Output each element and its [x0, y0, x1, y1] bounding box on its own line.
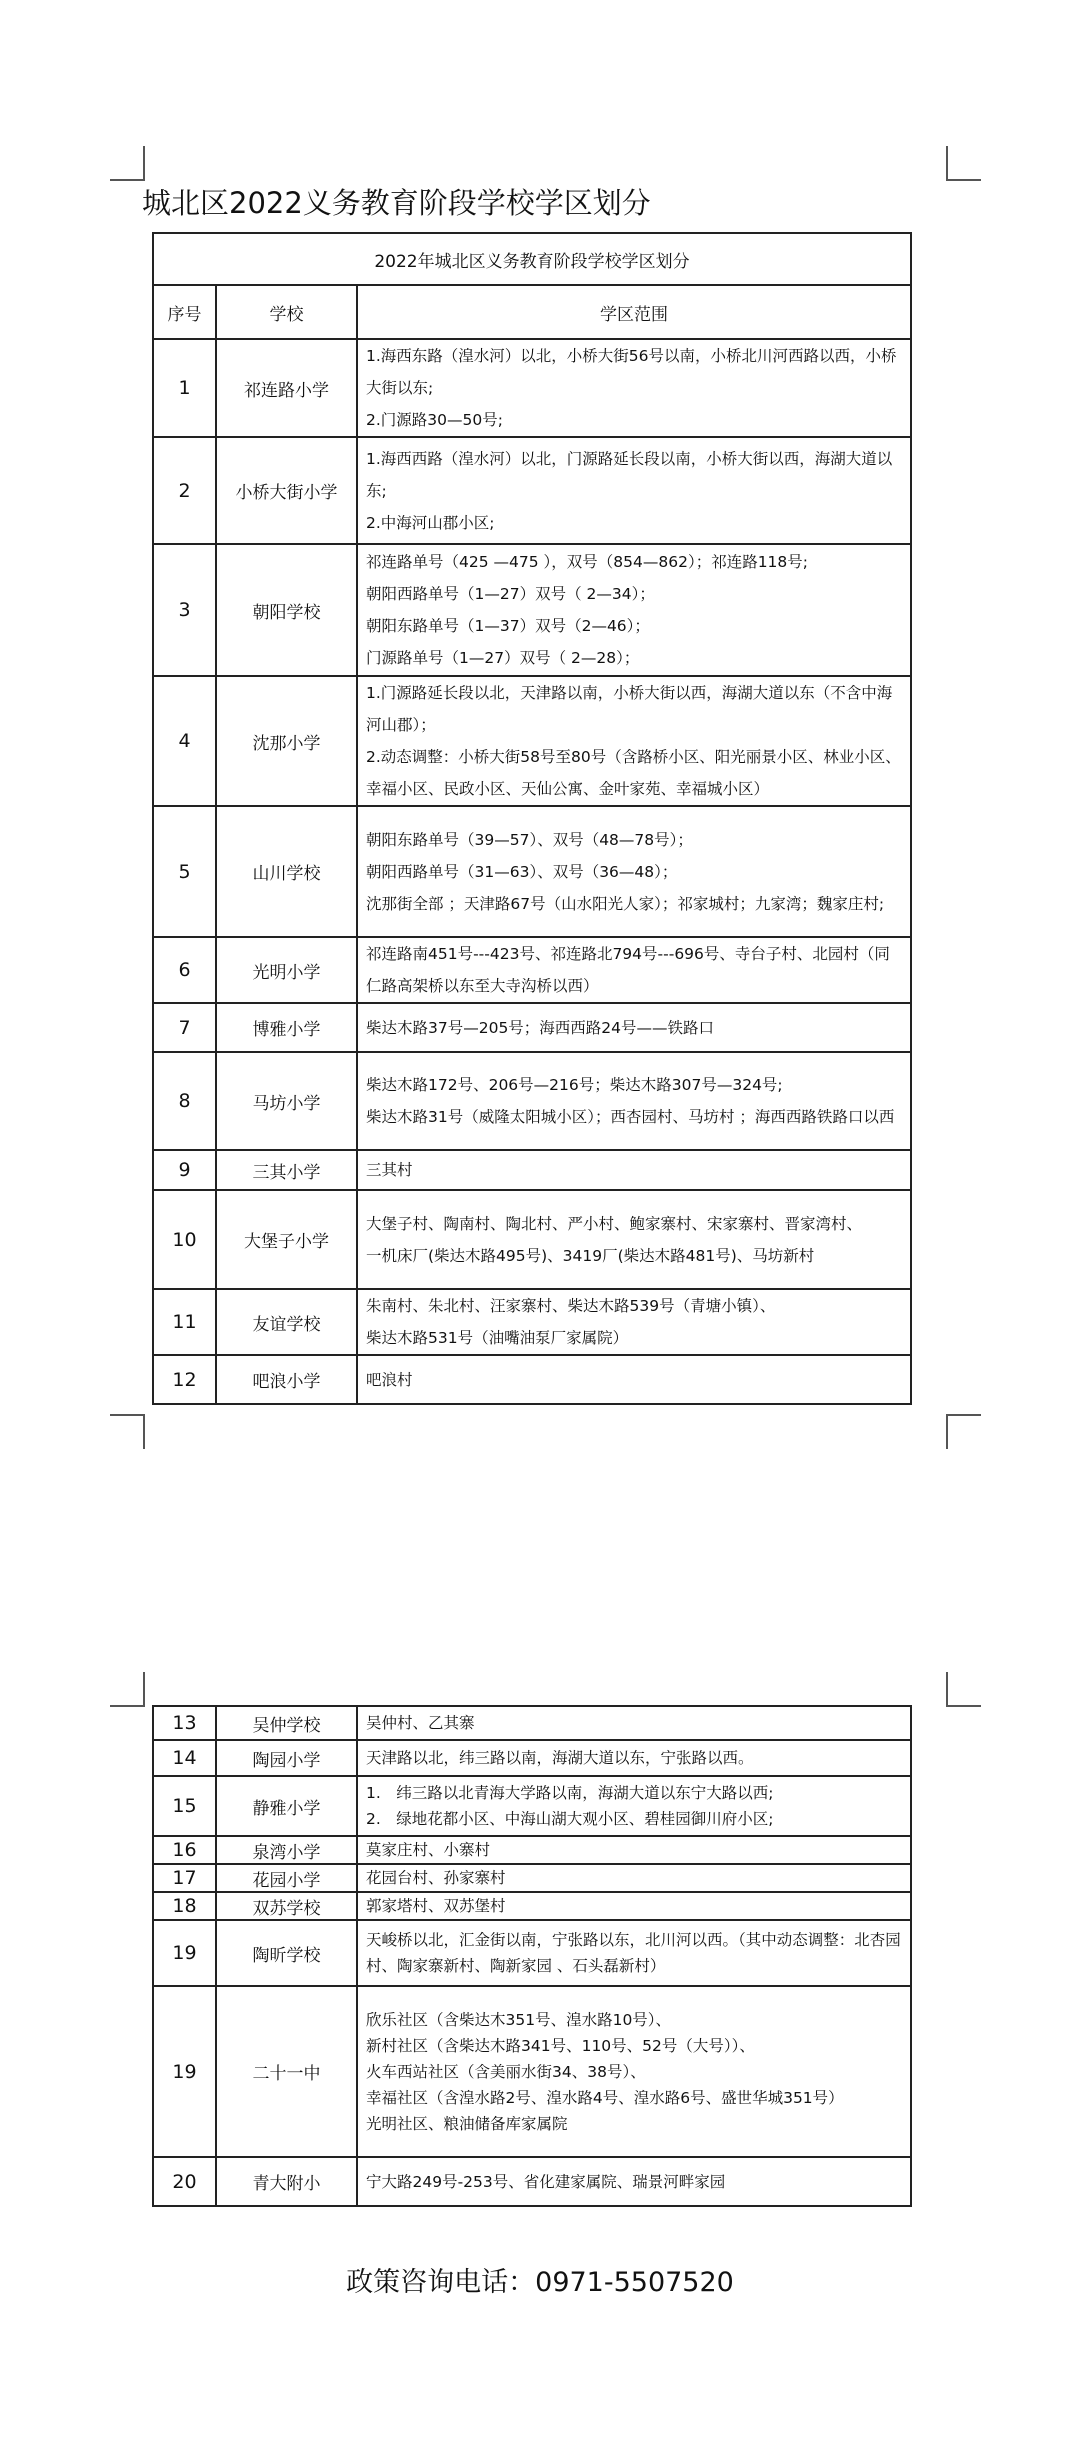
district-range-line: 一机床厂(柴达木路495号)、3419厂(柴达木路481号)、马坊新村 — [366, 1240, 904, 1272]
table-body-page2: 13 吴仲学校 吴仲村、乙其寨 14 陶园小学 天津路以北，纬三路以南，海湖大道… — [153, 1706, 911, 2206]
district-range-line: 2.中海河山郡小区; — [366, 507, 904, 539]
district-range-line: 郭家塔村、双苏堡村 — [366, 1893, 904, 1919]
table-row: 17 花园小学 花园台村、孙家寨村 — [153, 1864, 911, 1892]
school-name: 陶昕学校 — [216, 1920, 357, 1986]
district-range: 吧浪村 — [357, 1355, 911, 1404]
school-name: 陶园小学 — [216, 1740, 357, 1776]
school-name: 光明小学 — [216, 937, 357, 1003]
school-name: 大堡子小学 — [216, 1190, 357, 1289]
table-header-row: 序号 学校 学区范围 — [153, 285, 911, 339]
district-range-line: 1.海西东路（湟水河）以北，小桥大街56号以南，小桥北川河西路以西，小桥大街以东… — [366, 340, 904, 404]
district-range: 花园台村、孙家寨村 — [357, 1864, 911, 1892]
row-number: 18 — [153, 1892, 216, 1920]
table-row: 8 马坊小学 柴达木路172号、206号—216号；柴达木路307号—324号;… — [153, 1052, 911, 1150]
row-number: 16 — [153, 1836, 216, 1864]
row-number: 7 — [153, 1003, 216, 1052]
district-range-line: 火车西站社区（含美丽水街34、38号）、 — [366, 2059, 904, 2085]
district-range-line: 朱南村、朱北村、汪家寨村、柴达木路539号（青塘小镇）、 — [366, 1290, 904, 1322]
district-range: 1.海西东路（湟水河）以北，小桥大街56号以南，小桥北川河西路以西，小桥大街以东… — [357, 339, 911, 437]
district-range-line: 柴达木路37号—205号；海西西路24号——铁路口 — [366, 1012, 904, 1044]
school-name: 二十一中 — [216, 1986, 357, 2157]
crop-mark-p2-top-right-h — [946, 1705, 981, 1707]
school-name: 吧浪小学 — [216, 1355, 357, 1404]
district-range: 大堡子村、陶南村、陶北村、严小村、鲍家寨村、宋家寨村、晋家湾村、一机床厂(柴达木… — [357, 1190, 911, 1289]
crop-mark-p2-top-left-v — [143, 1672, 145, 1707]
school-district-table-page1: 2022年城北区义务教育阶段学校学区划分 序号 学校 学区范围 1 祁连路小学 … — [152, 232, 912, 1405]
row-number: 4 — [153, 676, 216, 806]
district-range: 吴仲村、乙其寨 — [357, 1706, 911, 1740]
district-range-line: 柴达木路31号（威隆太阳城小区）；西杏园村、马坊村 ；海西西路铁路口以西 — [366, 1101, 904, 1133]
district-range: 柴达木路37号—205号；海西西路24号——铁路口 — [357, 1003, 911, 1052]
row-number: 15 — [153, 1776, 216, 1836]
school-name: 双苏学校 — [216, 1892, 357, 1920]
school-name: 山川学校 — [216, 806, 357, 937]
district-range-line: 2.动态调整：小桥大街58号至80号（含路桥小区、阳光丽景小区、林业小区、幸福小… — [366, 741, 904, 805]
document-title: 城北区2022义务教育阶段学校学区划分 — [142, 186, 651, 220]
school-district-table-page2: 13 吴仲学校 吴仲村、乙其寨 14 陶园小学 天津路以北，纬三路以南，海湖大道… — [152, 1705, 912, 2207]
district-range: 天津路以北，纬三路以南，海湖大道以东，宁张路以西。 — [357, 1740, 911, 1776]
district-range-line: 朝阳东路单号（39—57）、双号（48—78号）； — [366, 824, 904, 856]
column-header-school: 学校 — [216, 285, 357, 339]
table-row: 4 沈那小学 1.门源路延长段以北，天津路以南，小桥大街以西，海湖大道以东（不含… — [153, 676, 911, 806]
district-range-line: 朝阳西路单号（1—27）双号（ 2—34）； — [366, 578, 904, 610]
district-range: 郭家塔村、双苏堡村 — [357, 1892, 911, 1920]
district-range-line: 吧浪村 — [366, 1364, 904, 1396]
table-row: 2 小桥大街小学 1.海西西路（湟水河）以北，门源路延长段以南，小桥大街以西，海… — [153, 437, 911, 544]
row-number: 17 — [153, 1864, 216, 1892]
district-range: 朝阳东路单号（39—57）、双号（48—78号）；朝阳西路单号（31—63）、双… — [357, 806, 911, 937]
district-range-line: 吴仲村、乙其寨 — [366, 1710, 904, 1736]
table-body-page1: 1 祁连路小学 1.海西东路（湟水河）以北，小桥大街56号以南，小桥北川河西路以… — [153, 339, 911, 1404]
row-number: 19 — [153, 1986, 216, 2157]
district-range-line: 2. 绿地花都小区、中海山湖大观小区、碧桂园御川府小区; — [366, 1806, 904, 1832]
district-range-line: 三其村 — [366, 1154, 904, 1186]
district-range-line: 朝阳东路单号（1—37）双号（2—46）； — [366, 610, 904, 642]
district-range-line: 祁连路单号（425 —475 ），双号（854—862）；祁连路118号; — [366, 546, 904, 578]
school-name: 三其小学 — [216, 1150, 357, 1190]
table-caption: 2022年城北区义务教育阶段学校学区划分 — [153, 233, 911, 285]
table-row: 7 博雅小学 柴达木路37号—205号；海西西路24号——铁路口 — [153, 1003, 911, 1052]
district-range: 祁连路南451号---423号、祁连路北794号---696号、寺台子村、北园村… — [357, 937, 911, 1003]
table-row: 20 青大附小 宁大路249号-253号、省化建家属院、瑞景河畔家园 — [153, 2157, 911, 2206]
row-number: 10 — [153, 1190, 216, 1289]
school-name: 祁连路小学 — [216, 339, 357, 437]
crop-mark-top-right-h — [946, 179, 981, 181]
row-number: 2 — [153, 437, 216, 544]
district-range-line: 2.门源路30—50号; — [366, 404, 904, 436]
table-row: 15 静雅小学 1. 纬三路以北青海大学路以南，海湖大道以东宁大路以西;2. 绿… — [153, 1776, 911, 1836]
row-number: 11 — [153, 1289, 216, 1355]
school-name: 泉湾小学 — [216, 1836, 357, 1864]
row-number: 9 — [153, 1150, 216, 1190]
row-number: 1 — [153, 339, 216, 437]
table-row: 10 大堡子小学 大堡子村、陶南村、陶北村、严小村、鲍家寨村、宋家寨村、晋家湾村… — [153, 1190, 911, 1289]
district-range: 莫家庄村、小寨村 — [357, 1836, 911, 1864]
district-range-line: 光明社区、粮油储备库家属院 — [366, 2111, 904, 2137]
column-header-no: 序号 — [153, 285, 216, 339]
district-range: 天峻桥以北，汇金街以南，宁张路以东，北川河以西。（其中动态调整：北杏园村、陶家寨… — [357, 1920, 911, 1986]
district-range-line: 1.门源路延长段以北，天津路以南，小桥大街以西，海湖大道以东（不含中海河山郡）； — [366, 677, 904, 741]
row-number: 8 — [153, 1052, 216, 1150]
table-row: 5 山川学校 朝阳东路单号（39—57）、双号（48—78号）；朝阳西路单号（3… — [153, 806, 911, 937]
table-row: 6 光明小学 祁连路南451号---423号、祁连路北794号---696号、寺… — [153, 937, 911, 1003]
table-caption-row: 2022年城北区义务教育阶段学校学区划分 — [153, 233, 911, 285]
district-range-line: 祁连路南451号---423号、祁连路北794号---696号、寺台子村、北园村… — [366, 938, 904, 1002]
district-range: 祁连路单号（425 —475 ），双号（854—862）；祁连路118号;朝阳西… — [357, 544, 911, 676]
district-range: 欣乐社区（含柴达木351号、湟水路10号）、新村社区（含柴达木路341号、110… — [357, 1986, 911, 2157]
district-range: 柴达木路172号、206号—216号；柴达木路307号—324号;柴达木路31号… — [357, 1052, 911, 1150]
school-name: 花园小学 — [216, 1864, 357, 1892]
district-range-line: 柴达木路172号、206号—216号；柴达木路307号—324号; — [366, 1069, 904, 1101]
table-row: 11 友谊学校 朱南村、朱北村、汪家寨村、柴达木路539号（青塘小镇）、柴达木路… — [153, 1289, 911, 1355]
row-number: 14 — [153, 1740, 216, 1776]
district-range: 1.门源路延长段以北，天津路以南，小桥大街以西，海湖大道以东（不含中海河山郡）；… — [357, 676, 911, 806]
district-range-line: 天津路以北，纬三路以南，海湖大道以东，宁张路以西。 — [366, 1745, 904, 1771]
table-row: 1 祁连路小学 1.海西东路（湟水河）以北，小桥大街56号以南，小桥北川河西路以… — [153, 339, 911, 437]
district-range-line: 门源路单号（1—27）双号（ 2—28）； — [366, 642, 904, 674]
row-number: 3 — [153, 544, 216, 676]
school-name: 朝阳学校 — [216, 544, 357, 676]
district-range-line: 莫家庄村、小寨村 — [366, 1837, 904, 1863]
district-range: 1.海西西路（湟水河）以北，门源路延长段以南，小桥大街以西，海湖大道以东;2.中… — [357, 437, 911, 544]
crop-mark-bottom-left-v — [143, 1414, 145, 1449]
district-range-line: 沈那街全部 ；天津路67号（山水阳光人家）；祁家城村；九家湾；魏家庄村; — [366, 888, 904, 920]
crop-mark-bottom-right-h — [946, 1414, 981, 1416]
table-row: 12 吧浪小学 吧浪村 — [153, 1355, 911, 1404]
school-name: 小桥大街小学 — [216, 437, 357, 544]
crop-mark-top-left-v — [143, 146, 145, 181]
row-number: 12 — [153, 1355, 216, 1404]
district-range-line: 新村社区（含柴达木路341号、110号、52号（大号））、 — [366, 2033, 904, 2059]
row-number: 20 — [153, 2157, 216, 2206]
school-name: 静雅小学 — [216, 1776, 357, 1836]
district-range-line: 1. 纬三路以北青海大学路以南，海湖大道以东宁大路以西; — [366, 1780, 904, 1806]
table-row: 16 泉湾小学 莫家庄村、小寨村 — [153, 1836, 911, 1864]
school-name: 吴仲学校 — [216, 1706, 357, 1740]
district-range-line: 欣乐社区（含柴达木351号、湟水路10号）、 — [366, 2007, 904, 2033]
district-range-line: 天峻桥以北，汇金街以南，宁张路以东，北川河以西。（其中动态调整：北杏园村、陶家寨… — [366, 1927, 904, 1979]
table-row: 9 三其小学 三其村 — [153, 1150, 911, 1190]
district-range: 三其村 — [357, 1150, 911, 1190]
row-number: 19 — [153, 1920, 216, 1986]
school-name: 博雅小学 — [216, 1003, 357, 1052]
school-name: 青大附小 — [216, 2157, 357, 2206]
district-range-line: 1.海西西路（湟水河）以北，门源路延长段以南，小桥大街以西，海湖大道以东; — [366, 443, 904, 507]
policy-phone-text: 政策咨询电话：0971-5507520 — [0, 2260, 1080, 2299]
row-number: 5 — [153, 806, 216, 937]
table-row: 19 二十一中 欣乐社区（含柴达木351号、湟水路10号）、新村社区（含柴达木路… — [153, 1986, 911, 2157]
table-row: 13 吴仲学校 吴仲村、乙其寨 — [153, 1706, 911, 1740]
crop-mark-p2-top-left-h — [110, 1705, 145, 1707]
district-range-line: 幸福社区（含湟水路2号、湟水路4号、湟水路6号、盛世华城351号） — [366, 2085, 904, 2111]
crop-mark-bottom-right-v — [946, 1414, 948, 1449]
table-row: 18 双苏学校 郭家塔村、双苏堡村 — [153, 1892, 911, 1920]
district-range-line: 花园台村、孙家寨村 — [366, 1865, 904, 1891]
district-range-line: 朝阳西路单号（31—63）、双号（36—48）； — [366, 856, 904, 888]
school-name: 友谊学校 — [216, 1289, 357, 1355]
school-name: 马坊小学 — [216, 1052, 357, 1150]
column-header-range: 学区范围 — [357, 285, 911, 339]
district-range-line: 柴达木路531号（油嘴油泵厂家属院） — [366, 1322, 904, 1354]
crop-mark-top-right-v — [946, 146, 948, 181]
table-row: 14 陶园小学 天津路以北，纬三路以南，海湖大道以东，宁张路以西。 — [153, 1740, 911, 1776]
crop-mark-p2-top-right-v — [946, 1672, 948, 1707]
crop-mark-bottom-left-h — [110, 1414, 145, 1416]
district-range: 1. 纬三路以北青海大学路以南，海湖大道以东宁大路以西;2. 绿地花都小区、中海… — [357, 1776, 911, 1836]
row-number: 6 — [153, 937, 216, 1003]
district-range-line: 宁大路249号-253号、省化建家属院、瑞景河畔家园 — [366, 2169, 904, 2195]
district-range-line: 大堡子村、陶南村、陶北村、严小村、鲍家寨村、宋家寨村、晋家湾村、 — [366, 1208, 904, 1240]
table-row: 19 陶昕学校 天峻桥以北，汇金街以南，宁张路以东，北川河以西。（其中动态调整：… — [153, 1920, 911, 1986]
school-name: 沈那小学 — [216, 676, 357, 806]
crop-mark-top-left-h — [110, 179, 145, 181]
row-number: 13 — [153, 1706, 216, 1740]
table-row: 3 朝阳学校 祁连路单号（425 —475 ），双号（854—862）；祁连路1… — [153, 544, 911, 676]
district-range: 宁大路249号-253号、省化建家属院、瑞景河畔家园 — [357, 2157, 911, 2206]
district-range: 朱南村、朱北村、汪家寨村、柴达木路539号（青塘小镇）、柴达木路531号（油嘴油… — [357, 1289, 911, 1355]
